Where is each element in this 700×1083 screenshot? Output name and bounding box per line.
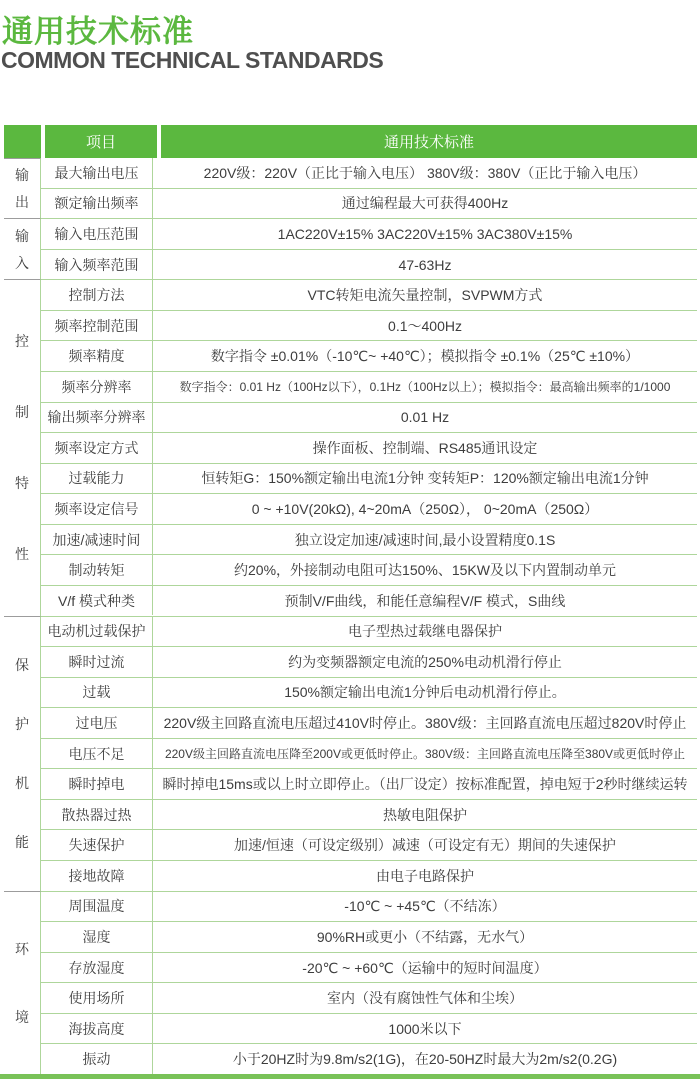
spec-value: 恒转矩G：150%额定输出电流1分钟 变转矩P：120%额定输出电流1分钟 bbox=[153, 464, 697, 494]
row-group-label: 控制特性 bbox=[4, 279, 41, 615]
spec-row: 散热器过热热敏电阻保护 bbox=[41, 799, 697, 830]
spec-value: 90%RH或更小（不结露，无水气） bbox=[153, 922, 697, 952]
group-label-char: 入 bbox=[15, 253, 29, 273]
spec-row: 接地故障由电子电路保护 bbox=[41, 860, 697, 891]
spec-table: 项目 通用技术标准 输出最大输出电压220V级：220V（正比于输入电压） 38… bbox=[4, 125, 697, 1074]
spec-value: 通过编程最大可获得400Hz bbox=[153, 189, 697, 219]
spec-item-label: 电压不足 bbox=[41, 739, 153, 769]
page: 通用技术标准 COMMON TECHNICAL STANDARDS 项目 通用技… bbox=[0, 0, 700, 1083]
group-rows: 最大输出电压220V级：220V（正比于输入电压） 380V级：380V（正比于… bbox=[41, 158, 697, 218]
spec-item-label: 频率精度 bbox=[41, 341, 153, 371]
spec-row: V/f 模式种类预制V/F曲线，和能任意编程V/F 模式，S曲线 bbox=[41, 585, 697, 616]
group-label-char: 出 bbox=[15, 192, 29, 212]
spec-item-label: 散热器过热 bbox=[41, 800, 153, 830]
spec-item-label: 过载能力 bbox=[41, 464, 153, 494]
spec-row: 使用场所室内（没有腐蚀性气体和尘埃） bbox=[41, 982, 697, 1013]
group-label-char: 输 bbox=[15, 165, 29, 185]
spec-row: 输入电压范围1AC220V±15% 3AC220V±15% 3AC380V±15… bbox=[41, 219, 697, 249]
spec-item-label: 频率设定信号 bbox=[41, 494, 153, 524]
spec-item-label: 输出频率分辨率 bbox=[41, 403, 153, 433]
spec-value: 室内（没有腐蚀性气体和尘埃） bbox=[153, 983, 697, 1013]
header-value-column: 通用技术标准 bbox=[161, 125, 697, 158]
table-header: 项目 通用技术标准 bbox=[4, 125, 697, 158]
spec-value: 数字指令 ±0.01%（-10℃~ +40℃）；模拟指令 ±0.1%（25℃ ±… bbox=[153, 341, 697, 371]
table-body: 输出最大输出电压220V级：220V（正比于输入电压） 380V级：380V（正… bbox=[4, 158, 697, 1074]
spec-row: 制动转矩约20%，外接制动电阻可达150%、15KW及以下内置制动单元 bbox=[41, 554, 697, 585]
spec-row: 加速/减速时间独立设定加速/减速时间,最小设置精度0.1S bbox=[41, 524, 697, 555]
spec-item-label: 频率分辨率 bbox=[41, 372, 153, 402]
group-label-char: 机 bbox=[15, 773, 29, 793]
spec-row: 失速保护加速/恒速（可设定级别）减速（可设定有无）期间的失速保护 bbox=[41, 829, 697, 860]
row-group-label: 环境 bbox=[4, 891, 41, 1074]
spec-row: 存放湿度-20℃ ~ +60℃（运输中的短时间温度） bbox=[41, 952, 697, 983]
spec-item-label: V/f 模式种类 bbox=[41, 586, 153, 616]
spec-row: 频率精度数字指令 ±0.01%（-10℃~ +40℃）；模拟指令 ±0.1%（2… bbox=[41, 340, 697, 371]
spec-row: 最大输出电压220V级：220V（正比于输入电压） 380V级：380V（正比于… bbox=[41, 158, 697, 188]
spec-item-label: 失速保护 bbox=[41, 830, 153, 860]
group-rows: 电动机过载保护电子型热过载继电器保护瞬时过流约为变频器额定电流的250%电动机滑… bbox=[41, 616, 697, 891]
page-title: 通用技术标准 bbox=[2, 6, 194, 51]
spec-value: 220V级主回路直流电压超过410V时停止。380V级：主回路直流电压超过820… bbox=[153, 708, 697, 738]
spec-value: -20℃ ~ +60℃（运输中的短时间温度） bbox=[153, 953, 697, 983]
spec-item-label: 电动机过载保护 bbox=[41, 617, 153, 647]
spec-row: 频率设定方式操作面板、控制端、RS485通讯设定 bbox=[41, 432, 697, 463]
header-group-cell bbox=[4, 125, 41, 158]
spec-item-label: 过载 bbox=[41, 678, 153, 708]
spec-item-label: 频率设定方式 bbox=[41, 433, 153, 463]
group-label-char: 护 bbox=[15, 714, 29, 734]
spec-value: 数字指令：0.01 Hz（100Hz以下），0.1Hz（100Hz以上）；模拟指… bbox=[153, 372, 697, 402]
page-subtitle: COMMON TECHNICAL STANDARDS bbox=[1, 47, 383, 74]
bottom-divider-bar bbox=[0, 1074, 700, 1079]
row-group-label: 输出 bbox=[4, 158, 41, 218]
spec-value: 预制V/F曲线，和能任意编程V/F 模式，S曲线 bbox=[153, 586, 697, 616]
spec-value: 1000米以下 bbox=[153, 1014, 697, 1044]
spec-item-label: 输入电压范围 bbox=[41, 219, 153, 249]
group-label-char: 性 bbox=[15, 544, 29, 564]
spec-value: 220V级主回路直流电压降至200V或更低时停止。380V级：主回路直流电压降至… bbox=[153, 739, 697, 769]
spec-row: 过电压220V级主回路直流电压超过410V时停止。380V级：主回路直流电压超过… bbox=[41, 707, 697, 738]
spec-item-label: 瞬时掉电 bbox=[41, 769, 153, 799]
spec-item-label: 频率控制范围 bbox=[41, 311, 153, 341]
spec-row: 电压不足220V级主回路直流电压降至200V或更低时停止。380V级：主回路直流… bbox=[41, 738, 697, 769]
spec-row: 瞬时掉电瞬时掉电15ms或以上时立即停止。（出厂设定）按标准配置，掉电短于2秒时… bbox=[41, 768, 697, 799]
spec-value: 0.01 Hz bbox=[153, 403, 697, 433]
group-label-char: 境 bbox=[15, 1007, 29, 1027]
spec-row: 频率设定信号0 ~ +10V(20kΩ), 4~20mA（250Ω）， 0~20… bbox=[41, 493, 697, 524]
group-label-char: 能 bbox=[15, 832, 29, 852]
row-group-label: 保护机能 bbox=[4, 616, 41, 891]
spec-value: -10℃ ~ +45℃（不结冻） bbox=[153, 892, 697, 922]
spec-value: 热敏电阻保护 bbox=[153, 800, 697, 830]
spec-value: 加速/恒速（可设定级别）减速（可设定有无）期间的失速保护 bbox=[153, 830, 697, 860]
group-label-char: 控 bbox=[15, 331, 29, 351]
spec-value: 独立设定加速/减速时间,最小设置精度0.1S bbox=[153, 525, 697, 555]
spec-value: 操作面板、控制端、RS485通讯设定 bbox=[153, 433, 697, 463]
spec-item-label: 湿度 bbox=[41, 922, 153, 952]
spec-item-label: 接地故障 bbox=[41, 861, 153, 891]
spec-value: 220V级：220V（正比于输入电压） 380V级：380V（正比于输入电压） bbox=[153, 158, 697, 188]
spec-value: 0 ~ +10V(20kΩ), 4~20mA（250Ω）， 0~20mA（250… bbox=[153, 494, 697, 524]
spec-value: 瞬时掉电15ms或以上时立即停止。（出厂设定）按标准配置，掉电短于2秒时继续运转 bbox=[153, 769, 697, 799]
spec-group: 控制特性控制方法VTC转矩电流矢量控制，SVPWM方式频率控制范围0.1～400… bbox=[4, 279, 697, 615]
spec-value: 1AC220V±15% 3AC220V±15% 3AC380V±15% bbox=[153, 219, 697, 249]
header-item-column: 项目 bbox=[45, 125, 157, 158]
spec-row: 海拔高度1000米以下 bbox=[41, 1013, 697, 1044]
spec-value: 47-63Hz bbox=[153, 250, 697, 280]
spec-row: 电动机过载保护电子型热过载继电器保护 bbox=[41, 617, 697, 647]
spec-item-label: 过电压 bbox=[41, 708, 153, 738]
spec-item-label: 海拔高度 bbox=[41, 1014, 153, 1044]
group-rows: 周围温度-10℃ ~ +45℃（不结冻）湿度90%RH或更小（不结露，无水气）存… bbox=[41, 891, 697, 1074]
spec-group: 输入输入电压范围1AC220V±15% 3AC220V±15% 3AC380V±… bbox=[4, 218, 697, 279]
group-label-char: 环 bbox=[15, 939, 29, 959]
spec-row: 周围温度-10℃ ~ +45℃（不结冻） bbox=[41, 892, 697, 922]
spec-row: 频率控制范围0.1～400Hz bbox=[41, 310, 697, 341]
spec-row: 输出频率分辨率0.01 Hz bbox=[41, 402, 697, 433]
spec-item-label: 加速/减速时间 bbox=[41, 525, 153, 555]
row-group-label: 输入 bbox=[4, 218, 41, 279]
spec-item-label: 瞬时过流 bbox=[41, 647, 153, 677]
spec-group: 保护机能电动机过载保护电子型热过载继电器保护瞬时过流约为变频器额定电流的250%… bbox=[4, 616, 697, 891]
spec-item-label: 振动 bbox=[41, 1044, 153, 1074]
spec-row: 额定输出频率通过编程最大可获得400Hz bbox=[41, 188, 697, 219]
spec-row: 振动小于20HZ时为9.8m/s2(1G)，在20-50HZ时最大为2m/s2(… bbox=[41, 1043, 697, 1074]
spec-row: 输入频率范围47-63Hz bbox=[41, 249, 697, 280]
spec-row: 控制方法VTC转矩电流矢量控制，SVPWM方式 bbox=[41, 280, 697, 310]
spec-value: 电子型热过载继电器保护 bbox=[153, 617, 697, 647]
group-label-char: 特 bbox=[15, 473, 29, 493]
spec-item-label: 控制方法 bbox=[41, 280, 153, 310]
spec-row: 湿度90%RH或更小（不结露，无水气） bbox=[41, 921, 697, 952]
spec-row: 过载能力恒转矩G：150%额定输出电流1分钟 变转矩P：120%额定输出电流1分… bbox=[41, 463, 697, 494]
group-label-char: 输 bbox=[15, 226, 29, 246]
spec-value: 约20%，外接制动电阻可达150%、15KW及以下内置制动单元 bbox=[153, 555, 697, 585]
spec-value: VTC转矩电流矢量控制，SVPWM方式 bbox=[153, 280, 697, 310]
spec-row: 瞬时过流约为变频器额定电流的250%电动机滑行停止 bbox=[41, 646, 697, 677]
spec-row: 过载150%额定输出电流1分钟后电动机滑行停止。 bbox=[41, 677, 697, 708]
group-label-char: 制 bbox=[15, 402, 29, 422]
spec-item-label: 存放湿度 bbox=[41, 953, 153, 983]
group-rows: 控制方法VTC转矩电流矢量控制，SVPWM方式频率控制范围0.1～400Hz频率… bbox=[41, 279, 697, 615]
spec-row: 频率分辨率数字指令：0.01 Hz（100Hz以下），0.1Hz（100Hz以上… bbox=[41, 371, 697, 402]
group-label-char: 保 bbox=[15, 655, 29, 675]
spec-item-label: 额定输出频率 bbox=[41, 189, 153, 219]
spec-value: 小于20HZ时为9.8m/s2(1G)，在20-50HZ时最大为2m/s2(0.… bbox=[153, 1044, 697, 1074]
spec-item-label: 最大输出电压 bbox=[41, 158, 153, 188]
spec-value: 150%额定输出电流1分钟后电动机滑行停止。 bbox=[153, 678, 697, 708]
spec-item-label: 使用场所 bbox=[41, 983, 153, 1013]
spec-value: 由电子电路保护 bbox=[153, 861, 697, 891]
spec-item-label: 输入频率范围 bbox=[41, 250, 153, 280]
spec-group: 输出最大输出电压220V级：220V（正比于输入电压） 380V级：380V（正… bbox=[4, 158, 697, 218]
spec-value: 0.1～400Hz bbox=[153, 311, 697, 341]
spec-item-label: 制动转矩 bbox=[41, 555, 153, 585]
spec-item-label: 周围温度 bbox=[41, 892, 153, 922]
spec-group: 环境周围温度-10℃ ~ +45℃（不结冻）湿度90%RH或更小（不结露，无水气… bbox=[4, 891, 697, 1074]
spec-value: 约为变频器额定电流的250%电动机滑行停止 bbox=[153, 647, 697, 677]
group-rows: 输入电压范围1AC220V±15% 3AC220V±15% 3AC380V±15… bbox=[41, 218, 697, 279]
